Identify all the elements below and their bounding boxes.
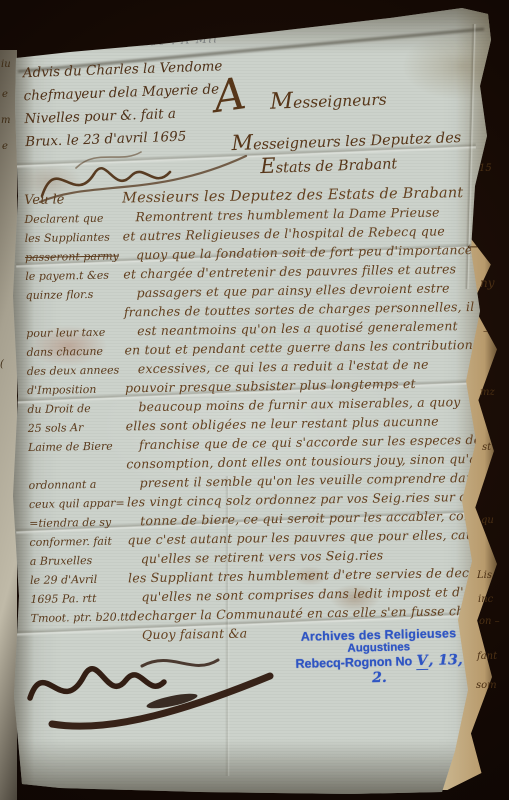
margin-note: du Droit de bbox=[27, 401, 125, 416]
edge-fragment: mz bbox=[480, 388, 495, 398]
margin-note: d'Imposition bbox=[27, 382, 125, 397]
petition-body: Veu leMessieurs les Deputez des Estats d… bbox=[24, 185, 479, 648]
edge-fragment: som bbox=[476, 681, 497, 691]
edge-fragment: ny bbox=[480, 278, 495, 288]
edge-fragment: on – bbox=[479, 617, 500, 627]
margin-note bbox=[31, 639, 129, 641]
margin-note bbox=[26, 316, 124, 318]
margin-note: conformer. fait bbox=[29, 534, 127, 549]
edge-fragment: Lis bbox=[477, 571, 492, 581]
margin-note: ceux quil appar= bbox=[29, 496, 127, 511]
edge-fragment: e bbox=[2, 142, 8, 152]
archive-stamp: Archives des Religieuses Augustines Rebe… bbox=[285, 626, 472, 688]
edge-fragment: ( bbox=[0, 360, 4, 370]
margin-note: Laime de Biere bbox=[28, 439, 126, 454]
margin-note: passeront parmy bbox=[25, 249, 123, 264]
address-initial: A bbox=[210, 68, 249, 123]
edge-fragment: iu bbox=[1, 60, 11, 70]
body-text: qu'elles se retirent vers vos Seig.ries bbox=[128, 547, 384, 566]
margin-note: dans chacune bbox=[26, 344, 124, 359]
arrow-mark-icon: ← bbox=[467, 243, 478, 253]
margin-note: pour leur taxe bbox=[26, 325, 124, 340]
margin-note: Veu le bbox=[24, 191, 122, 208]
margin-note: les Suppliantes bbox=[25, 230, 123, 245]
margin-note: le 29 d'Avril bbox=[30, 572, 128, 587]
margin-note: 25 sols Ar bbox=[28, 420, 126, 435]
address-line: Estats de Brabant bbox=[260, 148, 398, 178]
edge-fragment: st bbox=[482, 443, 491, 453]
edge-fragment: inc bbox=[478, 595, 493, 605]
edge-fragment: fant bbox=[477, 652, 497, 662]
margin-note: des deux annees bbox=[27, 363, 125, 378]
body-text: pouvoir presque subsister plus longtemps… bbox=[125, 376, 416, 396]
manuscript-paper: le remoins Vande . A Mll Advis du Charle… bbox=[10, 6, 494, 794]
edge-fragment: 15 bbox=[479, 164, 492, 174]
ghost-header-line: le remoins Vande . A Mll bbox=[46, 32, 219, 53]
margin-note: =tiendra de sy bbox=[29, 515, 127, 530]
margin-note: a Bruxelles bbox=[30, 553, 128, 568]
margin-note: 1695 Pa. rtt bbox=[30, 591, 128, 606]
edge-fragment: e bbox=[2, 90, 8, 100]
stamp-handwritten-number: V bbox=[416, 653, 429, 670]
margin-note: le payem.t &es bbox=[25, 268, 123, 283]
address-block: A Messeigneurs Messeigneurs les Deputez … bbox=[213, 63, 483, 192]
manuscript-photo: iu e m e ( le remoins Vande . A Mll Advi… bbox=[0, 0, 509, 800]
margin-note: ordonnant a bbox=[29, 477, 127, 492]
stamp-line: Rebecq-Rognon No V, 13, 2. bbox=[286, 652, 473, 688]
margin-note: Declarent que bbox=[24, 211, 122, 226]
edge-fragment: m bbox=[1, 116, 10, 126]
edge-fragment: – bbox=[483, 327, 488, 337]
address-line: Messeigneurs bbox=[270, 85, 387, 115]
stamp-line3-prefix: Rebecq-Rognon No bbox=[295, 654, 412, 671]
margin-note bbox=[28, 468, 126, 470]
signature-bottom bbox=[22, 646, 277, 741]
margin-note: Tmoot. ptr. b20.tt bbox=[31, 610, 130, 625]
margin-note: quinze flor.s bbox=[26, 287, 124, 302]
edge-fragment: qu bbox=[481, 516, 494, 526]
body-text: Quoy faisant &a bbox=[129, 626, 248, 643]
